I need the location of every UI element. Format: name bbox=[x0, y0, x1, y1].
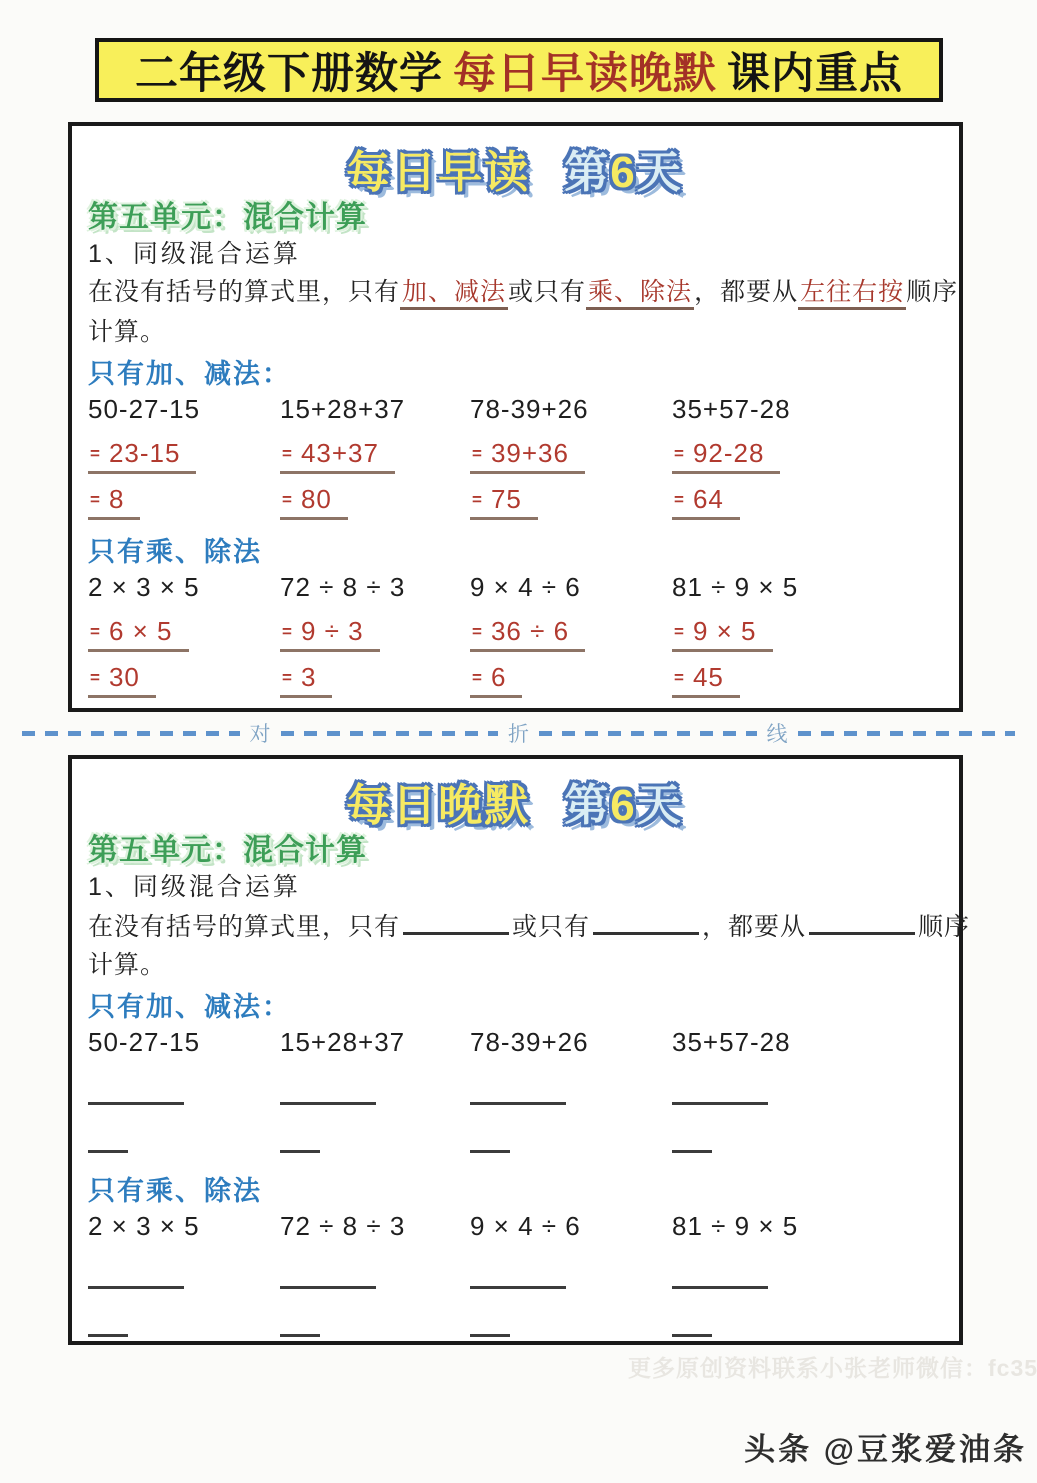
answer-step: =9 × 5 bbox=[672, 616, 773, 652]
answer-value: 64 bbox=[693, 484, 724, 514]
rule-text: 在没有括号的算式里，只有 bbox=[88, 913, 400, 941]
seller-watermark: 更多原创资料联系小张老师微信：fc356357 bbox=[628, 1350, 1037, 1383]
answer-blank-line bbox=[88, 1307, 128, 1337]
answer-blank-line bbox=[280, 1071, 376, 1105]
answer-step: =23-15 bbox=[88, 438, 196, 474]
answer-blank-line bbox=[470, 1255, 566, 1289]
problem: 50-27-15 bbox=[88, 1027, 280, 1058]
evening-rule-line1: 在没有括号的算式里，只有或只有，都要从顺序 bbox=[88, 905, 941, 945]
evening-add-blank-row2 bbox=[88, 1123, 941, 1169]
morning-day-suffix: 天 bbox=[637, 148, 683, 197]
rule-text: ，都要从 bbox=[702, 913, 806, 941]
problem: 15+28+37 bbox=[280, 394, 470, 425]
rule-answer-mul-div: 乘、除法 bbox=[586, 278, 694, 310]
morning-unit-title-text: 第五单元：混合计算 bbox=[88, 201, 367, 234]
evening-unit-title: 第五单元：混合计算 bbox=[88, 825, 941, 867]
fold-char-2: 折 bbox=[508, 718, 529, 748]
morning-add-step2-row: =8 =80 =75 =64 bbox=[88, 484, 941, 530]
fill-in-blank bbox=[809, 905, 915, 935]
fold-dash-line bbox=[281, 731, 499, 736]
answer-blank-line bbox=[88, 1071, 184, 1105]
problem: 72 ÷ 8 ÷ 3 bbox=[280, 572, 470, 603]
evening-day-prefix: 第 bbox=[564, 781, 610, 830]
evening-mul-div-label: 只有乘、除法 bbox=[88, 1169, 941, 1211]
problem: 9 × 4 ÷ 6 bbox=[470, 572, 672, 603]
answer-blank-line bbox=[672, 1071, 768, 1105]
fold-dash-line bbox=[798, 731, 1016, 736]
problem: 78-39+26 bbox=[470, 394, 672, 425]
answer-final: =64 bbox=[672, 484, 740, 520]
morning-day-prefix: 第 bbox=[564, 148, 610, 197]
evening-day-number: 6 bbox=[610, 781, 636, 830]
answer-blank-line bbox=[672, 1307, 712, 1337]
evening-mul-problems-row: 2 × 3 × 5 72 ÷ 8 ÷ 3 9 × 4 ÷ 6 81 ÷ 9 × … bbox=[88, 1211, 941, 1255]
worksheet-page: 二年级下册数学 每日早读晚默 课内重点 每日早读第6天 第五单元：混合计算 1、… bbox=[0, 0, 1037, 1483]
evening-add-blank-row1 bbox=[88, 1071, 941, 1123]
morning-add-sub-label: 只有加、减法： bbox=[88, 352, 941, 394]
equals-sign: = bbox=[472, 490, 482, 509]
rule-text: 顺序 bbox=[906, 278, 958, 306]
fold-char-1: 对 bbox=[250, 718, 271, 748]
rule-text: 在没有括号的算式里，只有 bbox=[88, 278, 400, 306]
problem: 35+57-28 bbox=[672, 1027, 941, 1058]
answer-blank-line bbox=[470, 1071, 566, 1105]
evening-title: 每日晚默第6天 bbox=[88, 767, 941, 825]
morning-reading-section: 每日早读第6天 第五单元：混合计算 1、同级混合运算 在没有括号的算式里，只有加… bbox=[68, 122, 963, 712]
answer-value: 23-15 bbox=[109, 438, 181, 468]
equals-sign: = bbox=[472, 622, 482, 641]
evening-add-sub-label: 只有加、减法： bbox=[88, 985, 941, 1027]
equals-sign: = bbox=[472, 444, 482, 463]
page-banner: 二年级下册数学 每日早读晚默 课内重点 bbox=[95, 38, 943, 102]
answer-value: 92-28 bbox=[693, 438, 765, 468]
answer-value: 39+36 bbox=[491, 438, 569, 468]
equals-sign: = bbox=[674, 444, 684, 463]
morning-item-heading: 1、同级混合运算 bbox=[88, 234, 941, 272]
answer-value: 80 bbox=[301, 484, 332, 514]
morning-mul-step1-row: =6 × 5 =9 ÷ 3 =36 ÷ 6 =9 × 5 bbox=[88, 616, 941, 662]
answer-step: =9 ÷ 3 bbox=[280, 616, 380, 652]
answer-value: 8 bbox=[109, 484, 124, 514]
banner-subject: 二年级下册数学 bbox=[135, 40, 443, 101]
answer-value: 30 bbox=[109, 662, 140, 692]
answer-blank-line bbox=[672, 1255, 768, 1289]
answer-final: =80 bbox=[280, 484, 348, 520]
equals-sign: = bbox=[674, 490, 684, 509]
morning-rule-line2: 计算。 bbox=[88, 312, 941, 352]
rule-text: 或只有 bbox=[512, 913, 590, 941]
answer-final: =3 bbox=[280, 662, 332, 698]
morning-mul-step2-row: =30 =3 =6 =45 bbox=[88, 662, 941, 708]
platform-credit: 头条 @豆浆爱油条 bbox=[744, 1424, 1027, 1469]
answer-blank-line bbox=[88, 1123, 128, 1153]
answer-step: =39+36 bbox=[470, 438, 585, 474]
problem: 2 × 3 × 5 bbox=[88, 1211, 280, 1242]
morning-title-text: 每日早读 bbox=[346, 148, 530, 197]
fill-in-blank bbox=[593, 905, 699, 935]
answer-final: =75 bbox=[470, 484, 538, 520]
answer-blank-line bbox=[280, 1307, 320, 1337]
answer-step: =6 × 5 bbox=[88, 616, 189, 652]
answer-value: 6 × 5 bbox=[109, 616, 173, 646]
equals-sign: = bbox=[90, 444, 100, 463]
equals-sign: = bbox=[90, 668, 100, 687]
morning-add-problems-row: 50-27-15 15+28+37 78-39+26 35+57-28 bbox=[88, 394, 941, 438]
answer-final: =6 bbox=[470, 662, 522, 698]
rule-text: ，都要从 bbox=[694, 278, 798, 306]
answer-value: 43+37 bbox=[301, 438, 379, 468]
answer-blank-line bbox=[88, 1255, 184, 1289]
answer-value: 6 bbox=[491, 662, 506, 692]
answer-blank-line bbox=[280, 1123, 320, 1153]
equals-sign: = bbox=[472, 668, 482, 687]
fold-char-3: 线 bbox=[767, 718, 788, 748]
banner-keypoints: 课内重点 bbox=[727, 40, 903, 101]
morning-mul-div-label: 只有乘、除法 bbox=[88, 530, 941, 572]
equals-sign: = bbox=[282, 490, 292, 509]
answer-step: =92-28 bbox=[672, 438, 780, 474]
answer-value: 9 × 5 bbox=[693, 616, 757, 646]
evening-mul-blank-row1 bbox=[88, 1255, 941, 1307]
answer-step: =43+37 bbox=[280, 438, 395, 474]
banner-program: 每日早读晚默 bbox=[453, 40, 717, 101]
evening-dictation-section: 每日晚默第6天 第五单元：混合计算 1、同级混合运算 在没有括号的算式里，只有或… bbox=[68, 755, 963, 1345]
fold-dash-line bbox=[539, 731, 757, 736]
answer-value: 75 bbox=[491, 484, 522, 514]
evening-mul-blank-row2 bbox=[88, 1307, 941, 1353]
fold-dash-line bbox=[22, 731, 240, 736]
morning-rule-line1: 在没有括号的算式里，只有加、减法或只有乘、除法，都要从左往右按顺序 bbox=[88, 272, 941, 312]
answer-blank-line bbox=[672, 1123, 712, 1153]
morning-add-step1-row: =23-15 =43+37 =39+36 =92-28 bbox=[88, 438, 941, 484]
problem: 9 × 4 ÷ 6 bbox=[470, 1211, 672, 1242]
answer-final: =45 bbox=[672, 662, 740, 698]
answer-value: 36 ÷ 6 bbox=[491, 616, 569, 646]
problem: 50-27-15 bbox=[88, 394, 280, 425]
problem: 81 ÷ 9 × 5 bbox=[672, 572, 941, 603]
problem: 81 ÷ 9 × 5 bbox=[672, 1211, 941, 1242]
problem: 15+28+37 bbox=[280, 1027, 470, 1058]
rule-text: 顺序 bbox=[918, 913, 970, 941]
problem: 72 ÷ 8 ÷ 3 bbox=[280, 1211, 470, 1242]
problem: 35+57-28 bbox=[672, 394, 941, 425]
morning-mul-problems-row: 2 × 3 × 5 72 ÷ 8 ÷ 3 9 × 4 ÷ 6 81 ÷ 9 × … bbox=[88, 572, 941, 616]
answer-blank-line bbox=[470, 1123, 510, 1153]
evening-item-heading: 1、同级混合运算 bbox=[88, 867, 941, 905]
answer-value: 9 ÷ 3 bbox=[301, 616, 364, 646]
evening-day-suffix: 天 bbox=[637, 781, 683, 830]
fill-in-blank bbox=[403, 905, 509, 935]
answer-final: =30 bbox=[88, 662, 156, 698]
rule-answer-add-sub: 加、减法 bbox=[400, 278, 508, 310]
equals-sign: = bbox=[282, 444, 292, 463]
fold-line: 对 折 线 bbox=[22, 722, 1015, 744]
equals-sign: = bbox=[674, 668, 684, 687]
rule-text: 或只有 bbox=[508, 278, 586, 306]
morning-day-number: 6 bbox=[610, 148, 636, 197]
equals-sign: = bbox=[674, 622, 684, 641]
problem: 2 × 3 × 5 bbox=[88, 572, 280, 603]
answer-blank-line bbox=[280, 1255, 376, 1289]
morning-title: 每日早读第6天 bbox=[88, 134, 941, 192]
rule-answer-left-to-right: 左往右按 bbox=[798, 278, 906, 310]
equals-sign: = bbox=[90, 490, 100, 509]
answer-final: =8 bbox=[88, 484, 140, 520]
equals-sign: = bbox=[282, 622, 292, 641]
morning-unit-title: 第五单元：混合计算 bbox=[88, 192, 941, 234]
answer-blank-line bbox=[470, 1307, 510, 1337]
evening-unit-title-text: 第五单元：混合计算 bbox=[88, 834, 367, 867]
answer-step: =36 ÷ 6 bbox=[470, 616, 585, 652]
equals-sign: = bbox=[282, 668, 292, 687]
answer-value: 45 bbox=[693, 662, 724, 692]
answer-value: 3 bbox=[301, 662, 316, 692]
equals-sign: = bbox=[90, 622, 100, 641]
evening-rule-line2: 计算。 bbox=[88, 945, 941, 985]
problem: 78-39+26 bbox=[470, 1027, 672, 1058]
evening-title-text: 每日晚默 bbox=[346, 781, 530, 830]
evening-add-problems-row: 50-27-15 15+28+37 78-39+26 35+57-28 bbox=[88, 1027, 941, 1071]
